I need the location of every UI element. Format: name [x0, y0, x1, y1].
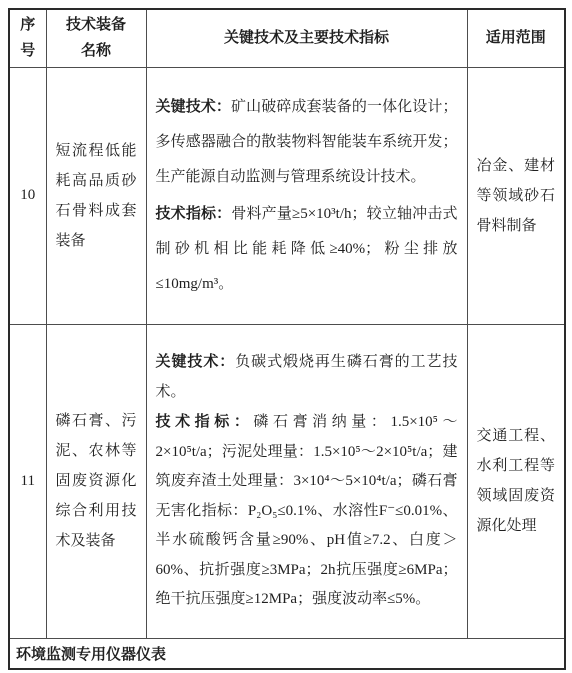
row-11-key-tech-paragraph: 关键技术：负碳式煅烧再生磷石膏的工艺技术。 [156, 347, 458, 407]
row-11-tech-details: 关键技术：负碳式煅烧再生磷石膏的工艺技术。 技术指标：磷石膏消纳量：1.5×10… [146, 324, 467, 638]
header-applicable-scope: 适用范围 [467, 9, 565, 67]
tech-indicator-label: 技术指标： [156, 413, 254, 430]
row-10-scope: 冶金、建材等领域砂石骨料制备 [467, 67, 565, 324]
row-10-equipment-name: 短流程低能耗高品质砂石骨料成套装备 [46, 67, 146, 324]
row-10-tech-details: 关键技术：矿山破碎成套装备的一体化设计；多传感器融合的散装物料智能装车系统开发；… [146, 67, 467, 324]
header-equipment-name: 技术装备 名称 [46, 9, 146, 67]
row-11-tech-indicator-paragraph: 技术指标：磷石膏消纳量：1.5×10⁵～2×10⁵t/a；污泥处理量：1.5×1… [156, 407, 458, 615]
table-row-10: 10 短流程低能耗高品质砂石骨料成套装备 关键技术：矿山破碎成套装备的一体化设计… [9, 67, 565, 324]
section-footer-row: 环境监测专用仪器仪表 [9, 638, 565, 669]
tech-equipment-table: 序 号 技术装备 名称 关键技术及主要技术指标 适用范围 10 短流程低能耗高品… [8, 8, 566, 670]
header-serial-number: 序 号 [9, 9, 46, 67]
row-11-equipment-name: 磷石膏、污泥、农林等固废资源化综合利用技术及装备 [46, 324, 146, 638]
document-page: 序 号 技术装备 名称 关键技术及主要技术指标 适用范围 10 短流程低能耗高品… [0, 0, 572, 673]
row-11-number: 11 [9, 324, 46, 638]
row-10-key-tech-paragraph: 关键技术：矿山破碎成套装备的一体化设计；多传感器融合的散装物料智能装车系统开发；… [156, 89, 458, 196]
key-tech-label: 关键技术： [156, 98, 232, 115]
tech-indicator-text: 磷石膏消纳量：1.5×10⁵～2×10⁵t/a；污泥处理量：1.5×10⁵～2×… [156, 414, 458, 607]
header-key-tech-indicators: 关键技术及主要技术指标 [146, 9, 467, 67]
row-10-number: 10 [9, 67, 46, 324]
section-footer-title: 环境监测专用仪器仪表 [9, 638, 565, 669]
tech-indicator-label: 技术指标： [156, 205, 232, 222]
key-tech-label: 关键技术： [156, 353, 236, 370]
row-11-scope: 交通工程、水利工程等领域固废资源化处理 [467, 324, 565, 638]
table-header-row: 序 号 技术装备 名称 关键技术及主要技术指标 适用范围 [9, 9, 565, 67]
row-10-tech-indicator-paragraph: 技术指标：骨料产量≥5×10³t/h；较立轴冲击式制砂机相比能耗降低≥40%；粉… [156, 196, 458, 303]
table-row-11: 11 磷石膏、污泥、农林等固废资源化综合利用技术及装备 关键技术：负碳式煅烧再生… [9, 324, 565, 638]
